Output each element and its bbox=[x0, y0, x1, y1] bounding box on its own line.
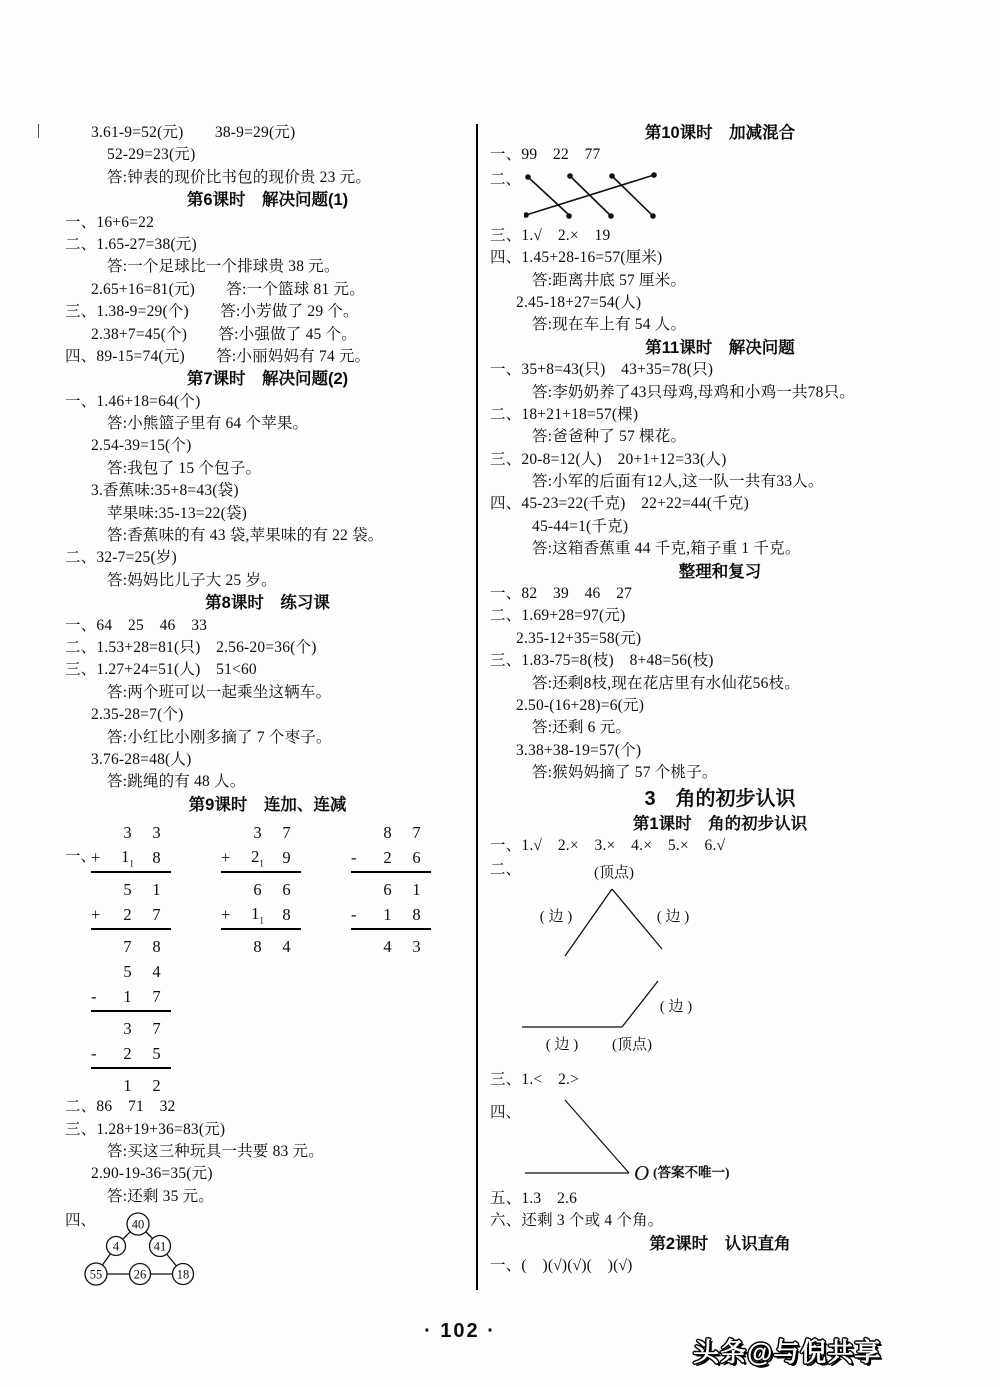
answer-line: 2.65+16=81(元) 答:一个篮球 81 元。 bbox=[65, 279, 470, 301]
sum-rule bbox=[221, 928, 301, 930]
arithmetic-row: 54 bbox=[91, 959, 175, 984]
answer-line: 一、35+8=43(只) 43+35=78(只) bbox=[490, 359, 950, 381]
circle-value: 26 bbox=[134, 1268, 147, 1282]
tens-digit: 3 bbox=[243, 823, 272, 843]
operator-sign: - bbox=[91, 987, 113, 1007]
section-heading: 第7课时 解决问题(2) bbox=[65, 368, 470, 390]
tens-digit: 11 bbox=[243, 904, 272, 925]
answer-line: 四、89-15=74(元) 答:小丽妈妈有 74 元。 bbox=[65, 346, 470, 368]
circle-value: 41 bbox=[154, 1240, 167, 1254]
vertex-label: (顶点) bbox=[612, 1035, 652, 1053]
arithmetic-row: +27 bbox=[91, 902, 175, 927]
ones-digit: 6 bbox=[272, 880, 301, 900]
ones-digit: 8 bbox=[142, 848, 171, 868]
tens-digit: 8 bbox=[243, 937, 272, 957]
answer-line: 答:还剩 35 元。 bbox=[65, 1186, 470, 1208]
ones-digit: 8 bbox=[402, 905, 431, 925]
operator-sign: - bbox=[351, 848, 373, 868]
section-heading: 第10课时 加减混合 bbox=[490, 122, 950, 144]
chapter-heading: 3 角的初步认识 bbox=[490, 785, 950, 813]
answer-line: 答:距离井底 57 厘米。 bbox=[490, 270, 950, 292]
operator-sign: + bbox=[221, 848, 243, 868]
arithmetic-row: 51 bbox=[91, 877, 175, 902]
answer-line: 3.香蕉味:35+8=43(袋) bbox=[65, 480, 470, 502]
section-heading: 第6课时 解决问题(1) bbox=[65, 189, 470, 211]
arithmetic-row: 87 bbox=[351, 820, 435, 845]
circle-value: 55 bbox=[90, 1268, 103, 1282]
page-number: · 102 · bbox=[380, 1320, 540, 1343]
answer-line: 一、1.√ 2.× 3.× 4.× 5.× 6.√ bbox=[490, 835, 950, 857]
ones-digit: 5 bbox=[142, 1044, 171, 1064]
carry-mark: 1 bbox=[259, 858, 264, 868]
angle-labeling-block: 二、 (顶点) ( 边 ) ( 边 ) ( 边 ) ( 边 ) (顶点) bbox=[490, 857, 950, 1069]
operator-sign: + bbox=[91, 848, 113, 868]
ones-digit: 1 bbox=[142, 880, 171, 900]
section-heading: 第8课时 练习课 bbox=[65, 592, 470, 614]
arithmetic-row: 61 bbox=[351, 877, 435, 902]
answer-line: 二、1.65-27=38(元) bbox=[65, 234, 470, 256]
answer-line: 2.90-19-36=35(元) bbox=[65, 1163, 470, 1185]
answer-line: 答:还剩 6 元。 bbox=[490, 717, 950, 739]
answer-line: 一、16+6=22 bbox=[65, 212, 470, 234]
ones-digit: 7 bbox=[142, 905, 171, 925]
arithmetic-row: +219 bbox=[221, 845, 305, 870]
answer-line: 三、1.< 2.> bbox=[490, 1069, 950, 1091]
answer-line: 二、1.53+28=81(只) 2.56-20=36(个) bbox=[65, 637, 470, 659]
tens-digit: 5 bbox=[113, 962, 142, 982]
answer-line: 答:小军的后面有12人,这一队一共有33人。 bbox=[490, 471, 950, 493]
ones-digit: 3 bbox=[402, 937, 431, 957]
answer-line: 一、( )(√)(√)( )(√) bbox=[490, 1255, 950, 1277]
circle-value: 40 bbox=[132, 1218, 145, 1232]
arithmetic-row: -25 bbox=[91, 1041, 175, 1066]
ones-digit: 8 bbox=[272, 905, 301, 925]
section-heading: 第9课时 连加、连减 bbox=[65, 794, 470, 816]
ones-digit: 1 bbox=[402, 880, 431, 900]
carry-mark: 1 bbox=[129, 858, 134, 868]
arithmetic-row: -17 bbox=[91, 984, 175, 1009]
ones-digit: 2 bbox=[142, 1076, 171, 1096]
answer-line: 二、1.69+28=97(元) bbox=[490, 605, 950, 627]
sum-rule bbox=[351, 871, 431, 873]
sum-rule bbox=[221, 871, 301, 873]
matching-lines-diagram bbox=[524, 170, 658, 222]
answer-line: 2.35-28=7(个) bbox=[65, 704, 470, 726]
arithmetic-row: 43 bbox=[351, 934, 435, 959]
side-label: ( 边 ) bbox=[660, 998, 693, 1015]
arithmetic-row: 66 bbox=[221, 877, 305, 902]
answer-line: 3.61-9=52(元) 38-9=29(元) bbox=[65, 122, 470, 144]
vertex-label: (顶点) bbox=[594, 863, 634, 881]
answer-line: 一、82 39 46 27 bbox=[490, 583, 950, 605]
arithmetic-row: 84 bbox=[221, 934, 305, 959]
answer-line: 四、1.45+28-16=57(厘米) bbox=[490, 247, 950, 269]
tens-digit: 3 bbox=[113, 1019, 142, 1039]
answer-line: 答:爸爸种了 57 棵花。 bbox=[490, 426, 950, 448]
sum-rule bbox=[351, 928, 431, 930]
circle-value: 4 bbox=[113, 1240, 120, 1254]
arithmetic-row: 37 bbox=[91, 1016, 175, 1041]
answer-line: 一、1.46+18=64(个) bbox=[65, 391, 470, 413]
draw-angle-block: 四、 O (答案不唯一) bbox=[490, 1092, 950, 1188]
item-label: 二、 bbox=[490, 167, 521, 189]
operator-sign: - bbox=[91, 1044, 113, 1064]
tens-digit: 3 bbox=[113, 823, 142, 843]
arithmetic-row: 37 bbox=[221, 820, 305, 845]
answer-line: 答:跳绳的有 48 人。 bbox=[65, 771, 470, 793]
tens-digit: 6 bbox=[373, 880, 402, 900]
answer-line: 答:妈妈比儿子大 25 岁。 bbox=[65, 570, 470, 592]
tens-digit: 11 bbox=[113, 847, 142, 868]
arithmetic-row: 12 bbox=[91, 1073, 175, 1098]
ones-digit: 4 bbox=[142, 962, 171, 982]
sum-rule bbox=[91, 871, 171, 873]
answer-line: 答:钟表的现价比书包的现价贵 23 元。 bbox=[65, 167, 470, 189]
answer-line: 答:小熊篮子里有 64 个苹果。 bbox=[65, 413, 470, 435]
drawn-angle-diagram: O (答案不唯一) bbox=[512, 1092, 762, 1184]
answer-line: 2.54-39=15(个) bbox=[65, 435, 470, 457]
column-divider bbox=[476, 124, 478, 1290]
vertex-name: O bbox=[634, 1161, 649, 1184]
tens-digit: 2 bbox=[113, 1044, 142, 1064]
ones-digit: 7 bbox=[142, 1019, 171, 1039]
answer-line: 答:猴妈妈摘了 57 个桃子。 bbox=[490, 762, 950, 784]
right-column: 第10课时 加减混合一、99 22 77 二、 三、1.√ 2.× 19四、1.… bbox=[490, 122, 950, 1277]
answer-line: 答:李奶奶养了43只母鸡,母鸡和小鸡一共78只。 bbox=[490, 382, 950, 404]
answer-line: 答:这箱香蕉重 44 千克,箱子重 1 千克。 bbox=[490, 538, 950, 560]
arithmetic-stack: 33+11851+277854-1737-2512 bbox=[91, 820, 175, 1098]
answer-line: 一、64 25 46 33 bbox=[65, 615, 470, 637]
watermark: 头条@与倪共享 bbox=[693, 1332, 881, 1369]
answer-line: 答:我包了 15 个包子。 bbox=[65, 458, 470, 480]
operator-sign: + bbox=[91, 905, 113, 925]
arithmetic-row: +118 bbox=[91, 845, 175, 870]
arithmetic-row: -18 bbox=[351, 902, 435, 927]
answer-line: 六、还剩 3 个或 4 个角。 bbox=[490, 1210, 950, 1232]
answer-line: 二、18+21+18=57(棵) bbox=[490, 404, 950, 426]
section-heading: 第2课时 认识直角 bbox=[490, 1233, 950, 1255]
number-triangle-block: 四、 40 4 41 55 bbox=[65, 1208, 470, 1303]
answer-line: 2.50-(16+28)=6(元) bbox=[490, 695, 950, 717]
answer-line: 一、99 22 77 bbox=[490, 144, 950, 166]
answer-line: 五、1.3 2.6 bbox=[490, 1188, 950, 1210]
page-edge-mark bbox=[38, 124, 39, 138]
ones-digit: 4 bbox=[272, 937, 301, 957]
sum-rule bbox=[91, 1067, 171, 1069]
tens-digit: 1 bbox=[113, 987, 142, 1007]
carry-mark: 1 bbox=[259, 915, 264, 925]
circle-value: 18 bbox=[177, 1268, 190, 1282]
answer-line: 答:买这三种玩具一共要 83 元。 bbox=[65, 1141, 470, 1163]
ones-digit: 9 bbox=[272, 848, 301, 868]
answer-line: 3.38+38-19=57(个) bbox=[490, 740, 950, 762]
arithmetic-row: 78 bbox=[91, 934, 175, 959]
answer-line: 2.35-12+35=58(元) bbox=[490, 628, 950, 650]
tens-digit: 21 bbox=[243, 847, 272, 868]
angle-parts-diagram: (顶点) ( 边 ) ( 边 ) ( 边 ) ( 边 ) (顶点) bbox=[520, 859, 745, 1064]
answer-line: 三、20-8=12(人) 20+1+12=33(人) bbox=[490, 449, 950, 471]
tens-digit: 2 bbox=[113, 905, 142, 925]
ones-digit: 3 bbox=[142, 823, 171, 843]
number-triangle-diagram: 40 4 41 55 26 18 bbox=[81, 1210, 203, 1294]
arithmetic-stack: 37+21966+11884 bbox=[221, 820, 305, 959]
column-arithmetic-block: 一、33+11851+277854-1737-251237+21966+1188… bbox=[65, 820, 470, 1096]
arithmetic-row: -26 bbox=[351, 845, 435, 870]
answer-line: 3.76-28=48(人) bbox=[65, 749, 470, 771]
operator-sign: + bbox=[221, 905, 243, 925]
answer-line: 45-44=1(千克) bbox=[490, 516, 950, 538]
side-label: ( 边 ) bbox=[546, 1036, 579, 1053]
answer-line: 二、86 71 32 bbox=[65, 1096, 470, 1118]
answer-line: 答:两个班可以一起乘坐这辆车。 bbox=[65, 682, 470, 704]
answer-line: 答:还剩8枝,现在花店里有水仙花56枝。 bbox=[490, 673, 950, 695]
section-heading: 整理和复习 bbox=[490, 561, 950, 583]
answer-line: 四、45-23=22(千克) 22+22=44(千克) bbox=[490, 493, 950, 515]
sum-rule bbox=[91, 1010, 171, 1012]
arithmetic-row: 33 bbox=[91, 820, 175, 845]
tens-digit: 4 bbox=[373, 937, 402, 957]
answer-line: 三、1.38-9=29(个) 答:小芳做了 29 个。 bbox=[65, 301, 470, 323]
operator-sign: - bbox=[351, 905, 373, 925]
answer-line: 三、1.28+19+36=83(元) bbox=[65, 1119, 470, 1141]
tens-digit: 1 bbox=[113, 1076, 142, 1096]
answer-line: 苹果味:35-13=22(袋) bbox=[65, 503, 470, 525]
answer-line: 二、32-7=25(岁) bbox=[65, 547, 470, 569]
matching-exercise-block: 二、 bbox=[490, 167, 950, 225]
ones-digit: 7 bbox=[272, 823, 301, 843]
ones-digit: 8 bbox=[142, 937, 171, 957]
answer-line: 2.38+7=45(个) 答:小强做了 45 个。 bbox=[65, 324, 470, 346]
left-column: 3.61-9=52(元) 38-9=29(元)52-29=23(元)答:钟表的现… bbox=[65, 122, 470, 1303]
answer-line: 三、1.√ 2.× 19 bbox=[490, 225, 950, 247]
sum-rule bbox=[91, 928, 171, 930]
item-label: 二、 bbox=[490, 857, 521, 879]
answer-line: 三、1.83-75=8(枝) 8+48=56(枝) bbox=[490, 650, 950, 672]
ones-digit: 6 bbox=[402, 848, 431, 868]
section-heading: 第11课时 解决问题 bbox=[490, 337, 950, 359]
answer-line: 答:小红比小刚多摘了 7 个枣子。 bbox=[65, 727, 470, 749]
arithmetic-row: +118 bbox=[221, 902, 305, 927]
answer-line: 答:一个足球比一个排球贵 38 元。 bbox=[65, 256, 470, 278]
tens-digit: 5 bbox=[113, 880, 142, 900]
side-label: ( 边 ) bbox=[657, 908, 690, 925]
answer-line: 答:香蕉味的有 43 袋,苹果味的有 22 袋。 bbox=[65, 525, 470, 547]
answer-line: 答:现在车上有 54 人。 bbox=[490, 314, 950, 336]
tens-digit: 6 bbox=[243, 880, 272, 900]
answer-note: (答案不唯一) bbox=[653, 1164, 730, 1180]
tens-digit: 1 bbox=[373, 905, 402, 925]
tens-digit: 8 bbox=[373, 823, 402, 843]
answer-line: 52-29=23(元) bbox=[65, 144, 470, 166]
tens-digit: 2 bbox=[373, 848, 402, 868]
section-heading: 第1课时 角的初步认识 bbox=[490, 813, 950, 835]
answer-line: 三、1.27+24=51(人) 51<60 bbox=[65, 659, 470, 681]
answer-line: 2.45-18+27=54(人) bbox=[490, 292, 950, 314]
arithmetic-stack: 87-2661-1843 bbox=[351, 820, 435, 959]
ones-digit: 7 bbox=[142, 987, 171, 1007]
tens-digit: 7 bbox=[113, 937, 142, 957]
ones-digit: 7 bbox=[402, 823, 431, 843]
side-label: ( 边 ) bbox=[540, 908, 573, 925]
